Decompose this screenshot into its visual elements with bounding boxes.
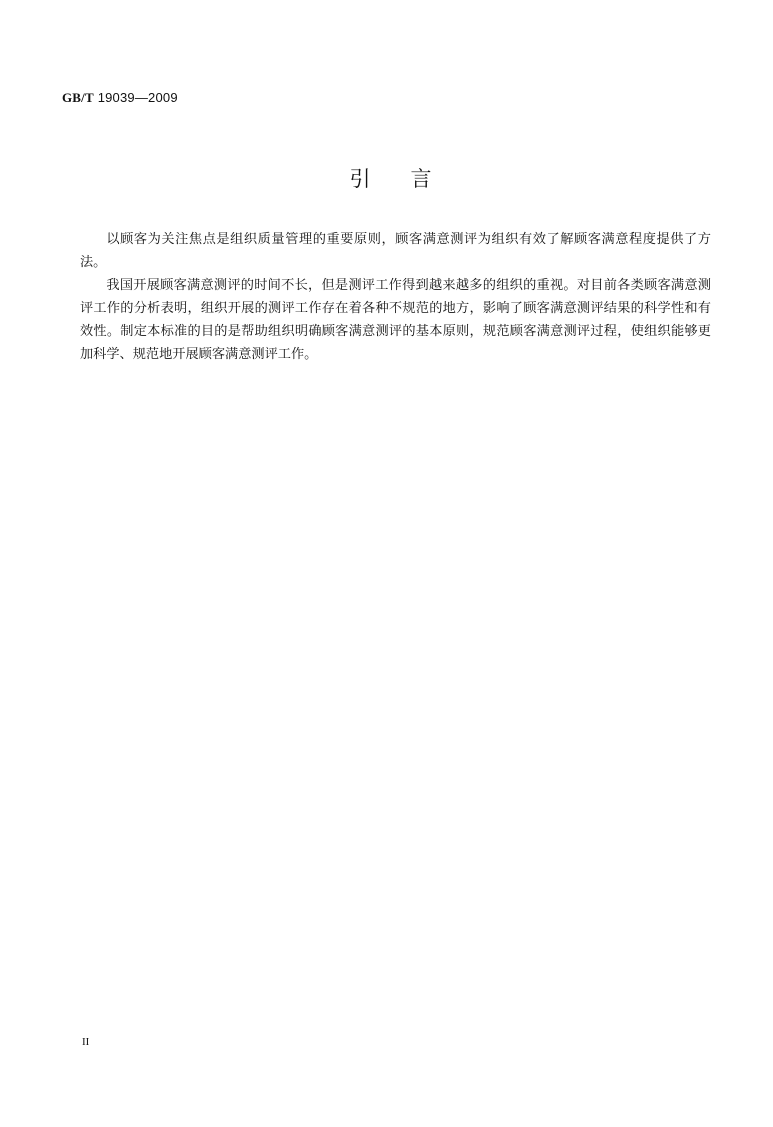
page-title: 引言: [0, 163, 773, 193]
standard-prefix: GB/T: [62, 90, 94, 105]
standard-code: GB/T 19039—2009: [62, 90, 178, 106]
paragraph: 我国开展顾客满意测评的时间不长，但是测评工作得到越来越多的组织的重视。对目前各类…: [80, 274, 711, 366]
page-number: II: [82, 1036, 89, 1048]
standard-number: 19039—2009: [98, 90, 178, 105]
document-body: 以顾客为关注焦点是组织质量管理的重要原则，顾客满意测评为组织有效了解顾客满意程度…: [80, 228, 711, 366]
paragraph: 以顾客为关注焦点是组织质量管理的重要原则，顾客满意测评为组织有效了解顾客满意程度…: [80, 228, 711, 274]
